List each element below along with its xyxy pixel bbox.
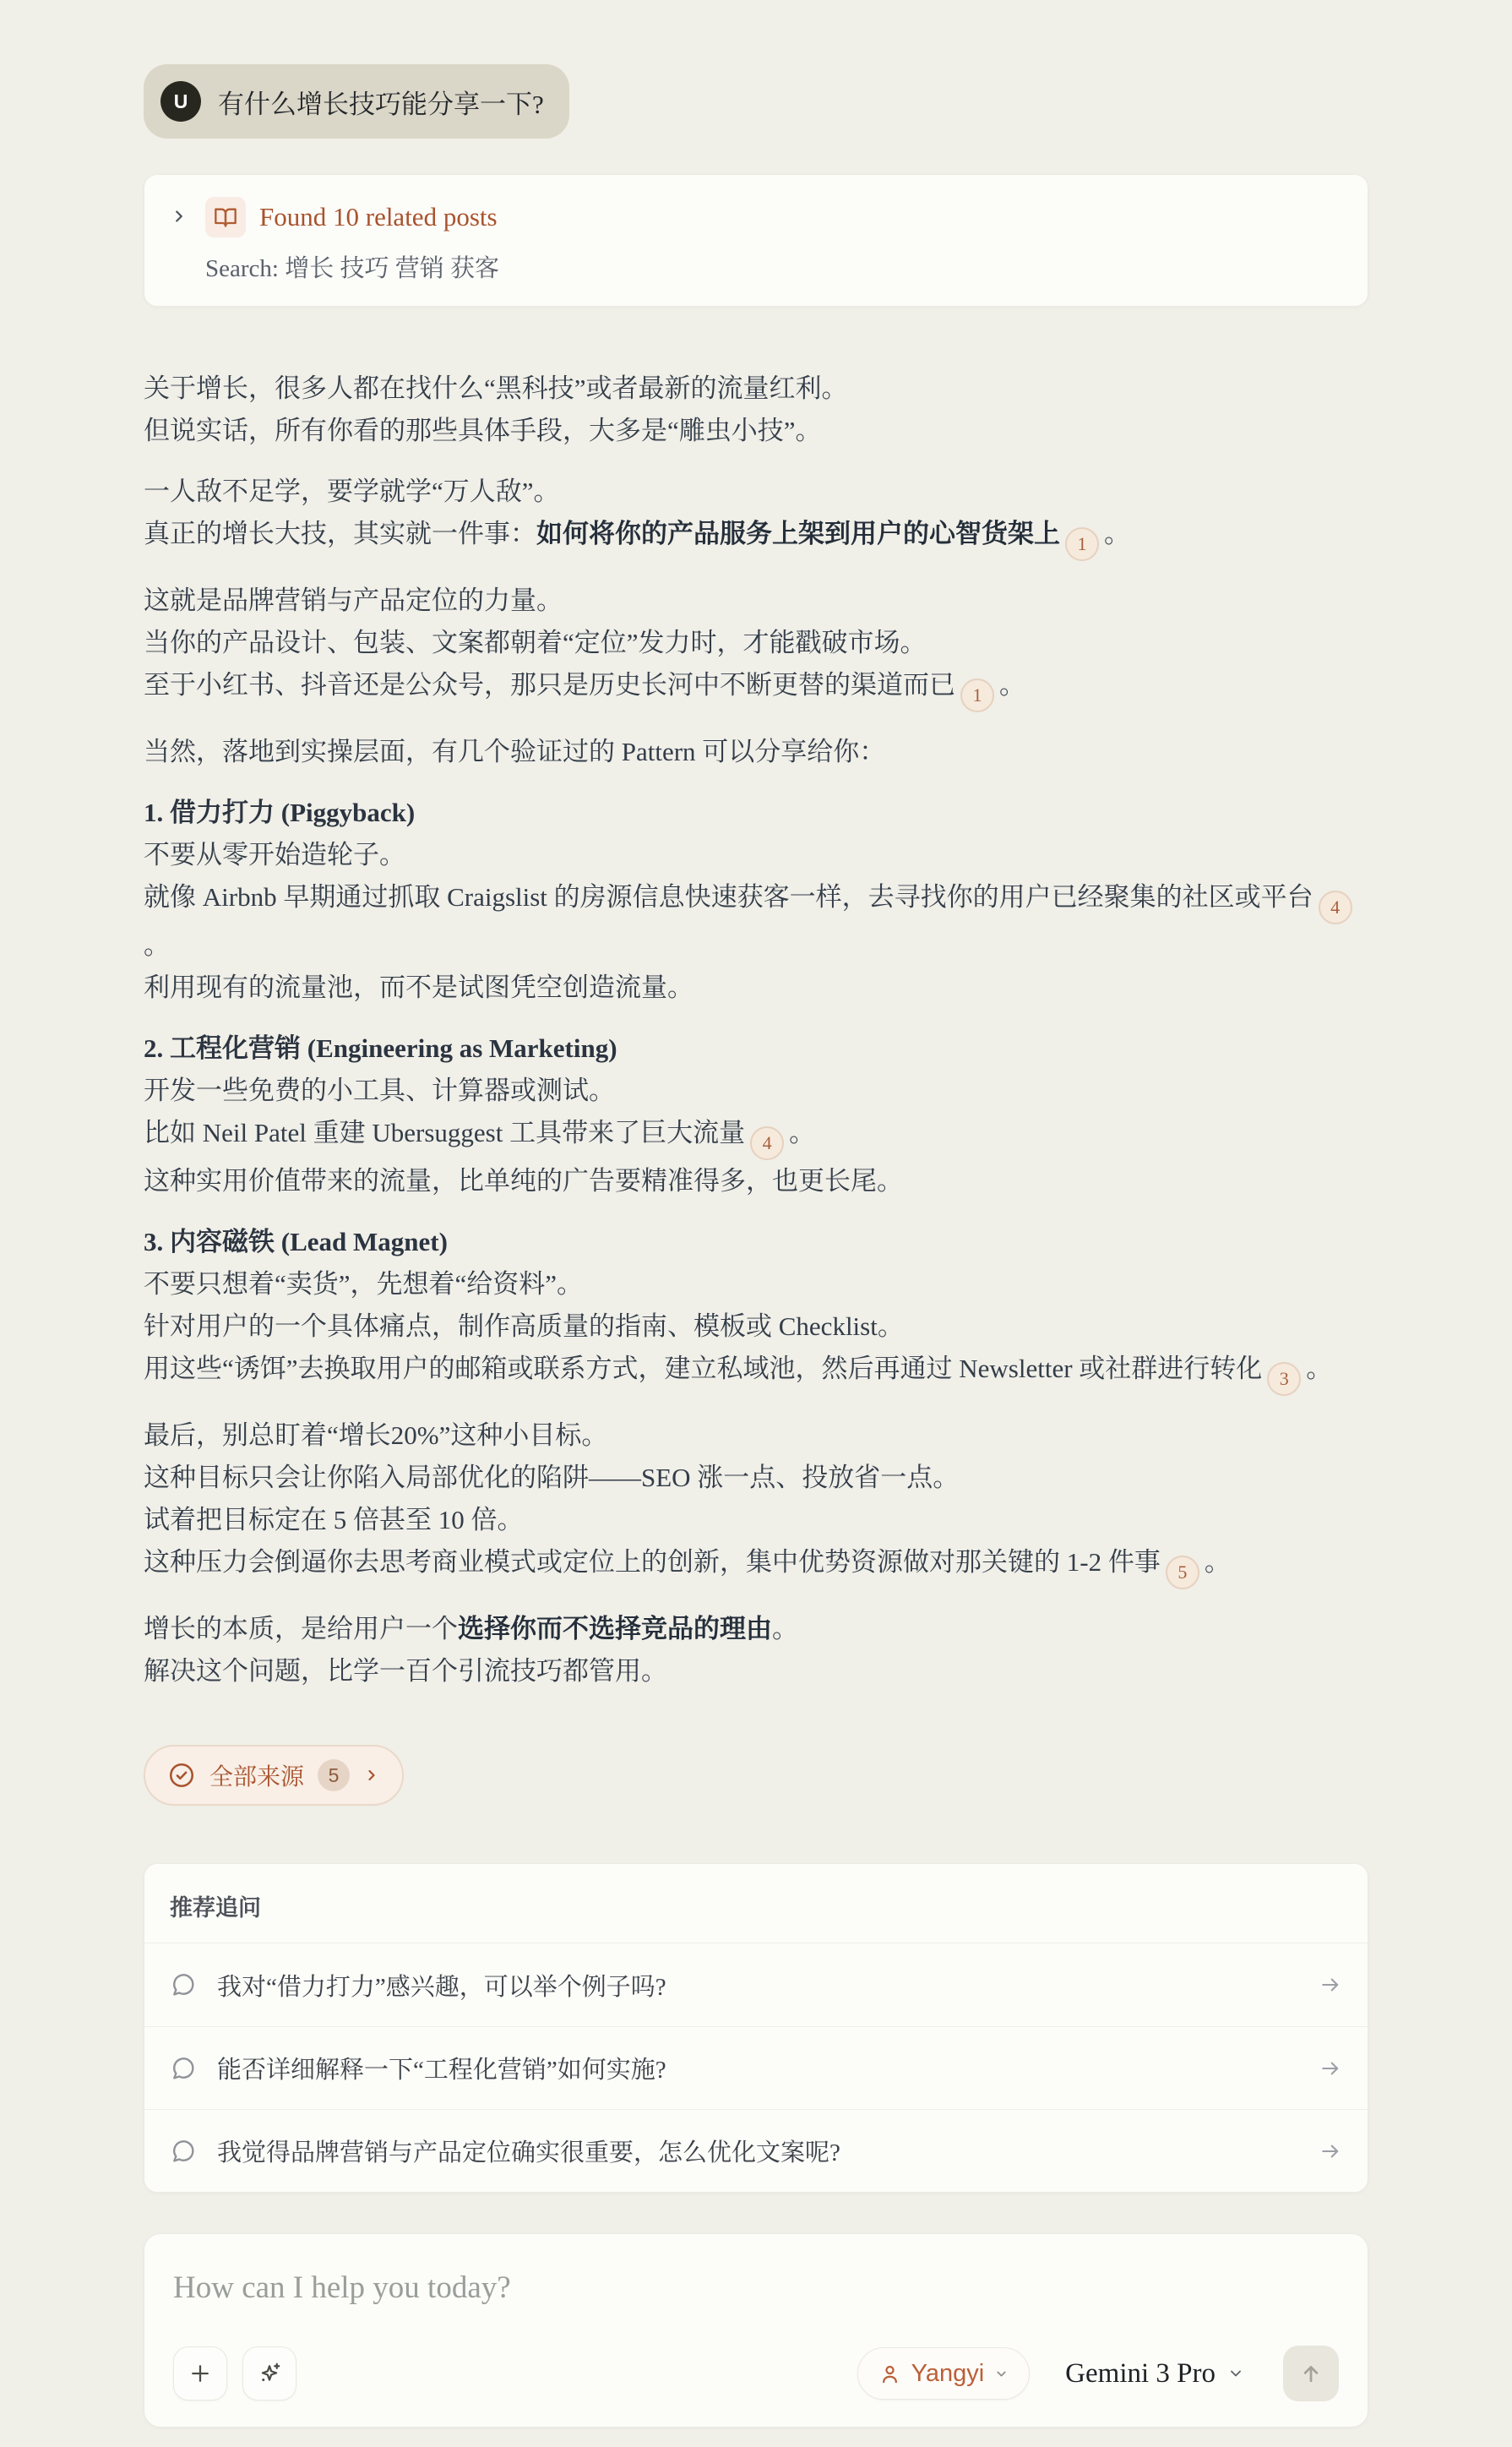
answer-text: 2. 工程化营销 (Engineering as Marketing) <box>144 1033 617 1063</box>
citation-badge[interactable]: 4 <box>750 1126 784 1160</box>
related-posts-card: Found 10 related posts Search: 增长 技巧 营销 … <box>144 174 1368 307</box>
answer-text: 关于增长，很多人都在找什么“黑科技”或者最新的流量红利。 <box>144 373 848 403</box>
bold-text: 如何将你的产品服务上架到用户的心智货架上 <box>536 519 1060 548</box>
persona-selector[interactable]: Yangyi <box>857 2347 1031 2400</box>
arrow-right-icon <box>1319 2057 1342 2080</box>
answer-text: 。 <box>999 670 1025 700</box>
answer-text: 。 <box>1205 1547 1231 1577</box>
chevron-right-icon <box>363 1767 380 1784</box>
answer-text: 这就是品牌营销与产品定位的力量。 <box>144 586 563 615</box>
citation-badge[interactable]: 1 <box>960 679 994 712</box>
citation-badge[interactable]: 4 <box>1319 891 1352 924</box>
suggestion-text: 我对“借力打力”感兴趣，可以举个例子吗? <box>217 1968 1298 2003</box>
arrow-up-icon <box>1298 2361 1324 2386</box>
suggestions-list: 我对“借力打力”感兴趣，可以举个例子吗?能否详细解释一下“工程化营销”如何实施?… <box>144 1943 1368 2192</box>
answer-text: 。 <box>144 930 170 960</box>
chat-bubble-icon <box>170 1971 197 1998</box>
all-sources-button[interactable]: 全部来源 5 <box>144 1745 404 1806</box>
citation-badge[interactable]: 1 <box>1065 527 1099 561</box>
sources-count-badge: 5 <box>318 1759 350 1791</box>
all-sources-label: 全部来源 <box>209 1758 304 1792</box>
check-circle-icon <box>167 1761 196 1790</box>
arrow-right-icon <box>1319 1973 1342 1997</box>
answer-body: 关于增长，很多人都在找什么“黑科技”或者最新的流量红利。但说实话，所有你看的那些… <box>144 368 1368 1692</box>
person-icon <box>878 2363 901 2385</box>
user-message-bubble: U 有什么增长技巧能分享一下? <box>144 64 569 139</box>
answer-paragraph: 最后，别总盯着“增长20%”这种小目标。这种目标只会让你陷入局部优化的陷阱——S… <box>144 1414 1368 1589</box>
send-button[interactable] <box>1283 2346 1339 2401</box>
model-selector[interactable]: Gemini 3 Pro <box>1065 2358 1244 2390</box>
answer-text: 1. 借力打力 (Piggyback) <box>144 798 415 827</box>
answer-text: 不要从零开始造轮子。 <box>144 840 405 869</box>
attach-button[interactable] <box>173 2346 227 2401</box>
answer-text: 利用现有的流量池，而不是试图凭空创造流量。 <box>144 973 693 1002</box>
answer-text: 3. 内容磁铁 (Lead Magnet) <box>144 1227 448 1256</box>
answer-text: 一人敌不足学，要学就学“万人敌”。 <box>144 477 560 506</box>
answer-text: 。 <box>1306 1354 1332 1383</box>
answer-paragraph: 不要从零开始造轮子。就像 Airbnb 早期通过抓取 Craigslist 的房… <box>144 834 1368 1009</box>
answer-text: 。 <box>789 1118 815 1147</box>
answer-text: 比如 Neil Patel 重建 Ubersuggest 工具带来了巨大流量 <box>144 1118 745 1147</box>
message-input[interactable] <box>173 2263 1339 2312</box>
answer-text: 这种压力会倒逼你去思考商业模式或定位上的创新，集中优势资源做对那关键的 1-2 … <box>144 1547 1161 1577</box>
answer-text: 。 <box>1104 519 1130 548</box>
answer-paragraph: 这就是品牌营销与产品定位的力量。当你的产品设计、包装、文案都朝着“定位”发力时，… <box>144 580 1368 712</box>
expand-chevron-right-icon[interactable] <box>170 207 188 226</box>
arrow-right-icon <box>1319 2139 1342 2163</box>
answer-text: 增长的本质，是给用户一个 <box>144 1614 458 1643</box>
plus-icon <box>188 2361 213 2386</box>
suggestion-text: 我觉得品牌营销与产品定位确实很重要，怎么优化文案呢? <box>217 2134 1298 2168</box>
search-keywords: Search: 增长 技巧 营销 获客 <box>205 249 499 284</box>
answer-text: 。 <box>772 1614 798 1643</box>
user-message-text: 有什么增长技巧能分享一下? <box>218 83 544 121</box>
answer-text: 开发一些免费的小工具、计算器或测试。 <box>144 1076 615 1105</box>
answer-paragraph: 增长的本质，是给用户一个选择你而不选择竞品的理由。解决这个问题，比学一百个引流技… <box>144 1608 1368 1692</box>
answer-text: 解决这个问题，比学一百个引流技巧都管用。 <box>144 1656 667 1686</box>
answer-text: 真正的增长大技，其实就一件事： <box>144 519 536 548</box>
answer-text: 用这些“诱饵”去换取用户的邮箱或联系方式，建立私域池，然后再通过 Newslet… <box>144 1354 1262 1383</box>
suggestion-row[interactable]: 我对“借力打力”感兴趣，可以举个例子吗? <box>144 1943 1368 2026</box>
chat-column: U 有什么增长技巧能分享一下? Found 10 related posts S… <box>144 0 1368 2428</box>
chevron-down-icon <box>1227 2365 1244 2382</box>
answer-paragraph: 一人敌不足学，要学就学“万人敌”。真正的增长大技，其实就一件事：如何将你的产品服… <box>144 471 1368 561</box>
model-name: Gemini 3 Pro <box>1065 2358 1216 2390</box>
suggestions-card: 推荐追问 我对“借力打力”感兴趣，可以举个例子吗?能否详细解释一下“工程化营销”… <box>144 1863 1368 2193</box>
answer-text: 这种实用价值带来的流量，比单纯的广告要精准得多，也更长尾。 <box>144 1166 903 1196</box>
citation-badge[interactable]: 5 <box>1166 1556 1199 1589</box>
answer-text: 不要只想着“卖货”，先想着“给资料”。 <box>144 1269 583 1299</box>
answer-text: 针对用户的一个具体痛点，制作高质量的指南、模板或 Checklist。 <box>144 1311 904 1341</box>
answer-text: 当你的产品设计、包装、文案都朝着“定位”发力时，才能戳破市场。 <box>144 628 927 657</box>
suggestion-text: 能否详细解释一下“工程化营销”如何实施? <box>217 2051 1298 2085</box>
sparkles-icon <box>257 2361 282 2386</box>
persona-name: Yangyi <box>911 2360 985 2388</box>
chevron-down-icon <box>994 2367 1009 2381</box>
answer-text: 这种目标只会让你陷入局部优化的陷阱——SEO 涨一点、投放省一点。 <box>144 1463 959 1492</box>
answer-heading: 2. 工程化营销 (Engineering as Marketing) <box>144 1027 1368 1070</box>
user-avatar: U <box>160 81 201 122</box>
chat-bubble-icon <box>170 2138 197 2165</box>
answer-text: 当然，落地到实操层面，有几个验证过的 Pattern 可以分享给你： <box>144 737 885 766</box>
answer-paragraph: 不要只想着“卖货”，先想着“给资料”。针对用户的一个具体痛点，制作高质量的指南、… <box>144 1263 1368 1396</box>
answer-paragraph: 关于增长，很多人都在找什么“黑科技”或者最新的流量红利。但说实话，所有你看的那些… <box>144 368 1368 452</box>
related-posts-header[interactable]: Found 10 related posts <box>205 197 499 237</box>
answer-text: 但说实话，所有你看的那些具体手段，大多是“雕虫小技”。 <box>144 416 822 445</box>
composer-card: Yangyi Gemini 3 Pro <box>144 2233 1368 2428</box>
composer-toolbar: Yangyi Gemini 3 Pro <box>173 2346 1339 2401</box>
suggestion-row[interactable]: 我觉得品牌营销与产品定位确实很重要，怎么优化文案呢? <box>144 2109 1368 2192</box>
answer-text: 至于小红书、抖音还是公众号，那只是历史长河中不断更替的渠道而已 <box>144 670 955 700</box>
answer-text: 就像 Airbnb 早期通过抓取 Craigslist 的房源信息快速获客一样，… <box>144 882 1313 912</box>
enhance-button[interactable] <box>242 2346 296 2401</box>
answer-heading: 3. 内容磁铁 (Lead Magnet) <box>144 1221 1368 1263</box>
answer-text: 试着把目标定在 5 倍甚至 10 倍。 <box>144 1505 524 1534</box>
book-icon <box>205 197 246 237</box>
answer-heading: 1. 借力打力 (Piggyback) <box>144 792 1368 834</box>
answer-paragraph: 开发一些免费的小工具、计算器或测试。比如 Neil Patel 重建 Ubers… <box>144 1070 1368 1202</box>
suggestions-title: 推荐追问 <box>144 1864 1368 1943</box>
chat-bubble-icon <box>170 2055 197 2082</box>
suggestion-row[interactable]: 能否详细解释一下“工程化营销”如何实施? <box>144 2026 1368 2109</box>
bold-text: 选择你而不选择竞品的理由 <box>458 1614 772 1643</box>
related-posts-title: Found 10 related posts <box>259 202 498 232</box>
answer-text: 最后，别总盯着“增长20%”这种小目标。 <box>144 1420 607 1450</box>
answer-paragraph: 当然，落地到实操层面，有几个验证过的 Pattern 可以分享给你： <box>144 731 1368 773</box>
citation-badge[interactable]: 3 <box>1267 1362 1301 1396</box>
